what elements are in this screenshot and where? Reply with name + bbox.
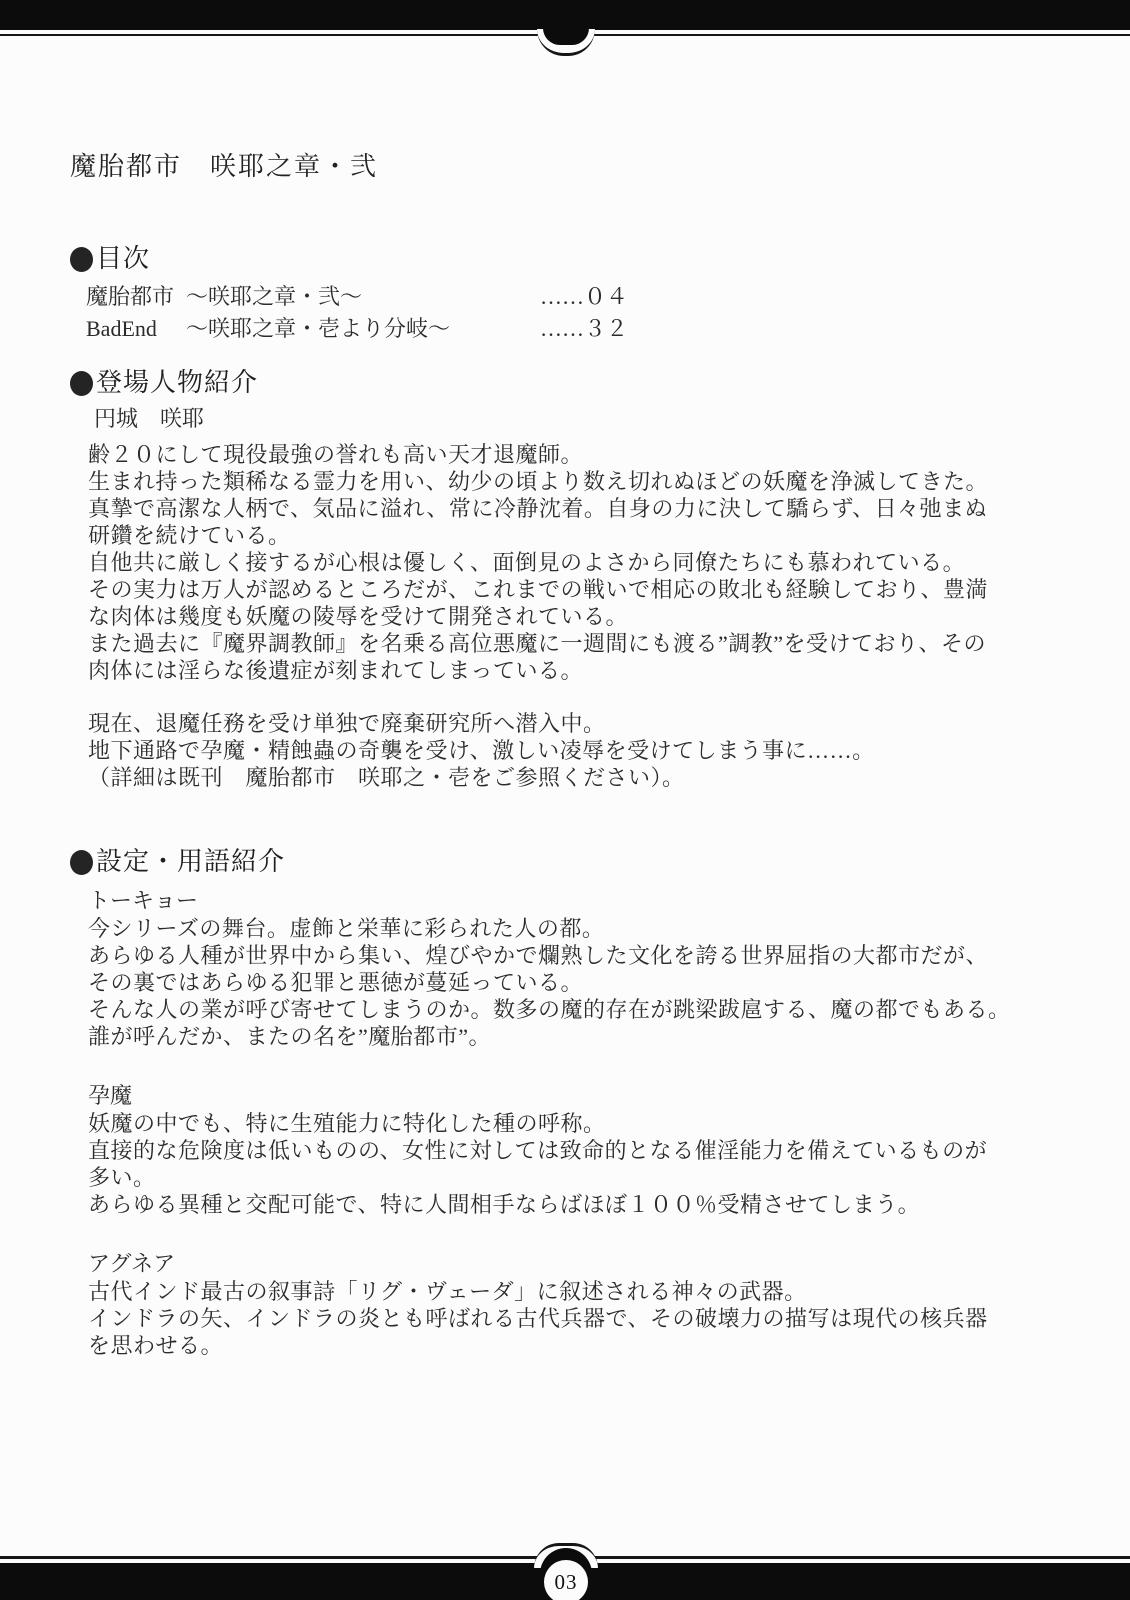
text-line: を思わせる。 (88, 1332, 1080, 1359)
text-line: 自他共に厳しく接するが心根は優しく、面倒見のよさから同僚たちにも慕われている。 (88, 549, 1080, 576)
characters-section: 登場人物紹介 円城 咲耶 齢２０にして現役最強の誉れも高い天才退魔師。生まれ持っ… (70, 366, 1080, 791)
characters-heading-label: 登場人物紹介 (96, 366, 258, 400)
toc-entry-page: ……０４ (540, 281, 1080, 313)
toc-leader-dots: …… (540, 316, 584, 341)
page-number-badge: 03 (544, 1560, 588, 1600)
glossary-term-text: 妖魔の中でも、特に生殖能力に特化した種の呼称。直接的な危険度は低いものの、女性に… (88, 1110, 1080, 1218)
text-line: インドラの矢、インドラの炎とも呼ばれる古代兵器で、その破壊力の描写は現代の核兵器 (88, 1305, 1080, 1332)
toc-entry-page: ……３２ (540, 313, 1080, 345)
text-line: 妖魔の中でも、特に生殖能力に特化した種の呼称。 (88, 1110, 1080, 1137)
toc-section: 目次 魔胎都市 ～咲耶之章・弐～ ……０４ BadEnd ～咲耶之章・壱より分岐… (70, 242, 1080, 345)
text-line: 地下通路で孕魔・精蝕蟲の奇襲を受け、激しい凌辱を受けてしまう事に……。 (88, 737, 1080, 764)
glossary-term-text: 古代インド最古の叙事詩「リグ・ヴェーダ」に叙述される神々の武器。インドラの矢、イ… (88, 1278, 1080, 1359)
text-line: その裏ではあらゆる犯罪と悪徳が蔓延っている。 (88, 969, 1080, 996)
section-bullet-icon (70, 850, 93, 875)
toc-page-number: ０４ (584, 284, 628, 309)
glossary-term-name: アグネア (88, 1250, 1080, 1278)
toc-entry-label: BadEnd (86, 313, 186, 345)
document-page: 魔胎都市 咲耶之章・弐 目次 魔胎都市 ～咲耶之章・弐～ ……０４ BadEnd… (0, 0, 1130, 1600)
page-content: 魔胎都市 咲耶之章・弐 目次 魔胎都市 ～咲耶之章・弐～ ……０４ BadEnd… (0, 0, 1130, 1600)
toc-entry-subtitle: ～咲耶之章・弐～ (186, 281, 540, 313)
glossary-section: 設定・用語紹介 トーキョー 今シリーズの舞台。虚飾と栄華に彩られた人の都。あらゆ… (70, 845, 1080, 1359)
toc-heading: 目次 (70, 242, 1080, 276)
glossary-term: アグネア 古代インド最古の叙事詩「リグ・ヴェーダ」に叙述される神々の武器。インド… (70, 1250, 1080, 1359)
toc-page-number: ３２ (584, 316, 628, 341)
toc-entry-subtitle: ～咲耶之章・壱より分岐～ (186, 313, 540, 345)
text-line: また過去に『魔界調教師』を名乗る高位悪魔に一週間にも渡る”調教”を受けており、そ… (88, 630, 1080, 657)
text-line: その実力は万人が認めるところだが、これまでの戦いで相応の敗北も経験しており、豊満 (88, 576, 1080, 603)
character-name: 円城 咲耶 (70, 405, 1080, 433)
toc-entry: 魔胎都市 ～咲耶之章・弐～ ……０４ (86, 281, 1080, 313)
character-status: 現在、退魔任務を受け単独で廃棄研究所へ潜入中。地下通路で孕魔・精蝕蟲の奇襲を受け… (70, 710, 1080, 791)
text-line: 肉体には淫らな後遺症が刻まれてしまっている。 (88, 657, 1080, 684)
text-line: 古代インド最古の叙事詩「リグ・ヴェーダ」に叙述される神々の武器。 (88, 1278, 1080, 1305)
section-bullet-icon (70, 247, 93, 272)
text-line: 誰が呼んだか、またの名を”魔胎都市”。 (88, 1023, 1080, 1050)
text-line: 直接的な危険度は低いものの、女性に対しては致命的となる催淫能力を備えているものが (88, 1137, 1080, 1164)
toc-rows: 魔胎都市 ～咲耶之章・弐～ ……０４ BadEnd ～咲耶之章・壱より分岐～ …… (70, 281, 1080, 345)
glossary-term-text: 今シリーズの舞台。虚飾と栄華に彩られた人の都。あらゆる人種が世界中から集い、煌び… (88, 915, 1080, 1050)
text-line: 真摯で高潔な人柄で、気品に溢れ、常に冷静沈着。自身の力に決して驕らず、日々弛まぬ (88, 495, 1080, 522)
text-line: 今シリーズの舞台。虚飾と栄華に彩られた人の都。 (88, 915, 1080, 942)
glossary-heading: 設定・用語紹介 (70, 845, 1080, 879)
toc-entry: BadEnd ～咲耶之章・壱より分岐～ ……３２ (86, 313, 1080, 345)
text-line: あらゆる人種が世界中から集い、煌びやかで爛熟した文化を誇る世界屈指の大都市だが、 (88, 942, 1080, 969)
text-line: 研鑽を続けている。 (88, 522, 1080, 549)
text-line: （詳細は既刊 魔胎都市 咲耶之・壱をご参照ください）。 (88, 764, 1080, 791)
section-bullet-icon (70, 371, 93, 396)
glossary-term-name: 孕魔 (88, 1082, 1080, 1110)
glossary-heading-label: 設定・用語紹介 (96, 845, 285, 879)
text-line: そんな人の業が呼び寄せてしまうのか。数多の魔的存在が跳梁跋扈する、魔の都でもある… (88, 996, 1080, 1023)
characters-heading: 登場人物紹介 (70, 366, 1080, 400)
text-line: 生まれ持った類稀なる霊力を用い、幼少の頃より数え切れぬほどの妖魔を浄滅してきた。 (88, 468, 1080, 495)
glossary-term-name: トーキョー (88, 887, 1080, 915)
toc-heading-label: 目次 (96, 242, 150, 276)
text-line: あらゆる異種と交配可能で、特に人間相手ならばほぼ１００％受精させてしまう。 (88, 1191, 1080, 1218)
text-line: な肉体は幾度も妖魔の陵辱を受けて開発されている。 (88, 603, 1080, 630)
text-line: 多い。 (88, 1164, 1080, 1191)
glossary-term: トーキョー 今シリーズの舞台。虚飾と栄華に彩られた人の都。あらゆる人種が世界中か… (70, 887, 1080, 1050)
glossary-term: 孕魔 妖魔の中でも、特に生殖能力に特化した種の呼称。直接的な危険度は低いものの、… (70, 1082, 1080, 1218)
text-line: 現在、退魔任務を受け単独で廃棄研究所へ潜入中。 (88, 710, 1080, 737)
toc-leader-dots: …… (540, 284, 584, 309)
page-title: 魔胎都市 咲耶之章・弐 (70, 150, 1080, 184)
text-line: 齢２０にして現役最強の誉れも高い天才退魔師。 (88, 441, 1080, 468)
toc-entry-label: 魔胎都市 (86, 281, 186, 313)
character-profile: 齢２０にして現役最強の誉れも高い天才退魔師。生まれ持った類稀なる霊力を用い、幼少… (70, 441, 1080, 684)
